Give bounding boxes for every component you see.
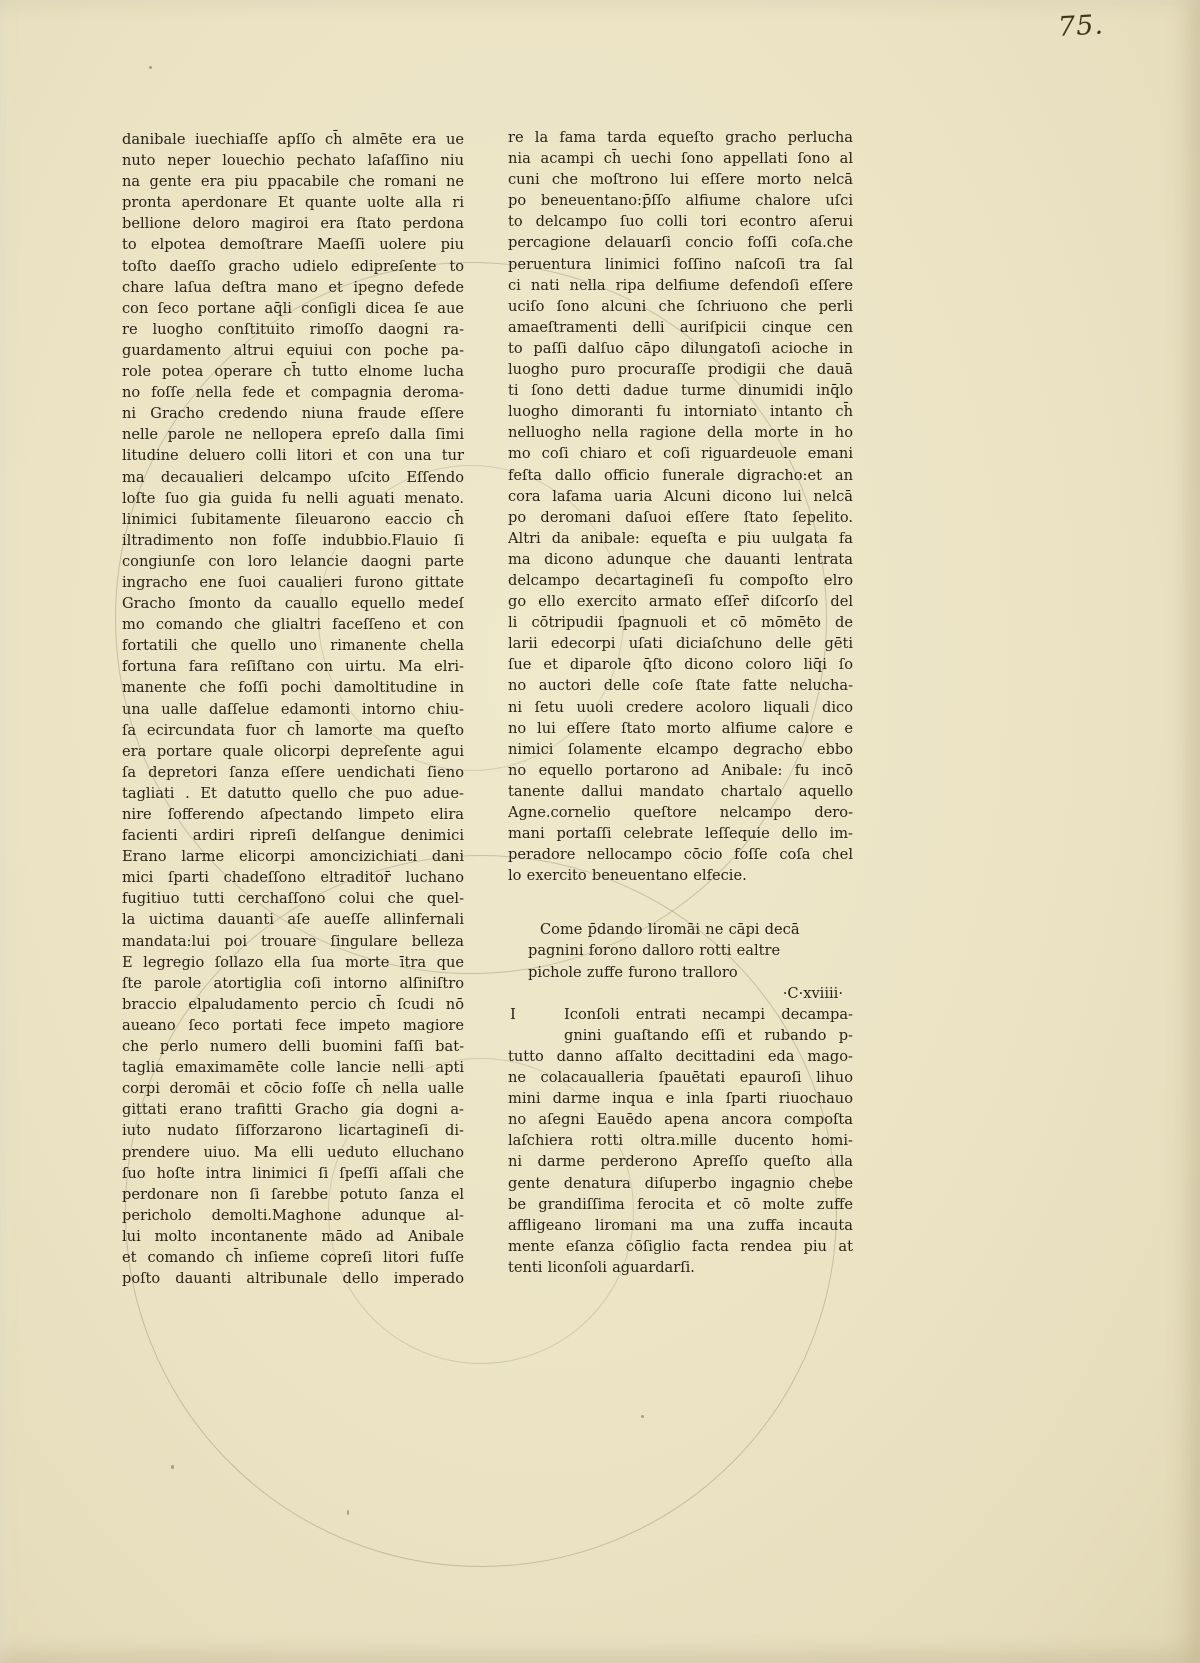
text-line: li cōtripudii ſpagnuoli et cō mōmēto de bbox=[508, 612, 853, 633]
text-line: linimici ſubitamente ſileuarono eaccio c… bbox=[122, 509, 464, 530]
text-line: feſta dallo officio funerale digracho:et… bbox=[508, 465, 853, 486]
folio-number: 75. bbox=[1057, 8, 1129, 43]
text-line: amaeſtramenti delli auriſpicii cinque ce… bbox=[508, 317, 853, 338]
text-line: laſchiera rotti oltra.mille ducento homi… bbox=[508, 1130, 853, 1151]
chapter-heading: Come p̄dando liromāi ne cāpi decāpagnini… bbox=[508, 919, 853, 982]
text-line: nuto neper louechio pechato laſaſſino ni… bbox=[122, 150, 464, 171]
text-line: mici ſparti chadeſſono eltraditor̄ lucha… bbox=[122, 867, 464, 888]
text-line: loſte ſuo gia guida fu nelli aguati mena… bbox=[122, 488, 464, 509]
text-line: E legregio ſollazo ella ſua morte ītra q… bbox=[122, 952, 464, 973]
text-line: lui molto incontanente mādo ad Anibale bbox=[122, 1226, 464, 1247]
text-column-right: re la fama tarda equeſto gracho perlucha… bbox=[508, 127, 853, 1278]
text-line: peruentura linimici foſſino naſcoſi tra … bbox=[508, 254, 853, 275]
text-line: et comando ch̄ inſieme copreſi litori fu… bbox=[122, 1247, 464, 1268]
text-line: luogho dimoranti fu intorniato intanto c… bbox=[508, 401, 853, 422]
text-line: toſto daeſſo gracho udielo edipreſente t… bbox=[122, 256, 464, 277]
text-line: mo comando che glialtri faceſſeno et con bbox=[122, 614, 464, 635]
text-line: uciſo ſono alcuni che ſchriuono che perl… bbox=[508, 296, 853, 317]
text-line: tagliati . Et datutto quello che puo adu… bbox=[122, 783, 464, 804]
initial-guide-letter: I bbox=[510, 1004, 516, 1025]
text-line: larii edecorpi uſati diciaſchuno delle g… bbox=[508, 633, 853, 654]
chapter-text: I Iconſoli entrati necampi decampa-gnini… bbox=[508, 1004, 853, 1278]
text-line: ſa depretori ſanza eſſere uendichati ſie… bbox=[122, 762, 464, 783]
text-line: Iconſoli entrati necampi decampa- bbox=[508, 1004, 853, 1025]
text-line: tutto danno aſſalto decittadini eda mago… bbox=[508, 1046, 853, 1067]
text-line: tenti liconſoli aguardarſi. bbox=[508, 1257, 853, 1278]
text-line: mani portaſſi celebrate leſſequie dello … bbox=[508, 823, 853, 844]
text-line: tanente dallui mandato chartalo aquello bbox=[508, 781, 853, 802]
text-line: una ualle daſſelue edamonti intorno chiu… bbox=[122, 699, 464, 720]
text-line: Gracho ſmonto da cauallo equello medeſ bbox=[122, 593, 464, 614]
text-line: che perlo numero delli buomini faſſi bat… bbox=[122, 1036, 464, 1057]
text-line: nire ſofferendo aſpectando limpeto elira bbox=[122, 804, 464, 825]
text-line: braccio elpaludamento percio ch̄ ſcudi n… bbox=[122, 994, 464, 1015]
text-line: no aſegni Eauēdo apena ancora compoſta bbox=[508, 1109, 853, 1130]
text-line: mente eſanza cōſiglio facta rendea piu a… bbox=[508, 1236, 853, 1257]
text-line: mandata:lui poi trouare ſingulare bellez… bbox=[122, 931, 464, 952]
text-line: perdonare non ſi ſarebbe potuto ſanza el bbox=[122, 1184, 464, 1205]
text-line: nelluogho nella ragione della morte in h… bbox=[508, 422, 853, 443]
text-line: luogho puro procuraſſe prodigii che dauā bbox=[508, 359, 853, 380]
text-line: prendere uiuo. Ma elli ueduto elluchano bbox=[122, 1142, 464, 1163]
text-line: fortuna fara reſiſtano con uirtu. Ma elr… bbox=[122, 656, 464, 677]
text-line: litudine deluero colli litori et con una… bbox=[122, 445, 464, 466]
text-line: to paſſi dalſuo cāpo dilungatoſi acioche… bbox=[508, 338, 853, 359]
text-line: mo coſi chiaro et coſi riguardeuole eman… bbox=[508, 443, 853, 464]
text-line: cora lafama uaria Alcuni dicono lui nelc… bbox=[508, 486, 853, 507]
chapter-number: ·C·xviiii· bbox=[508, 983, 853, 1004]
text-line: nimici ſolamente elcampo degracho ebbo bbox=[508, 739, 853, 760]
text-line: po deromani daſuoi eſſere ſtato ſepelito… bbox=[508, 507, 853, 528]
text-line: role potea operare ch̄ tutto elnome luch… bbox=[122, 361, 464, 382]
text-line: no equello portarono ad Anibale: fu incō bbox=[508, 760, 853, 781]
text-line: aueano ſeco portati fece impeto magiore bbox=[122, 1015, 464, 1036]
text-line: chare laſua deſtra mano et ipegno defede bbox=[122, 277, 464, 298]
text-line: re luogho conſtituito rimoſſo daogni ra- bbox=[122, 319, 464, 340]
chapter-lines: Iconſoli entrati necampi decampa-gnini g… bbox=[508, 1004, 853, 1278]
text-line: cuni che moſtrono lui eſſere morto nelcā bbox=[508, 169, 853, 190]
text-line: ne colacaualleria ſpauētati epauroſi lih… bbox=[508, 1067, 853, 1088]
text-line: con ſeco portane aq̄li conſigli dicea ſe… bbox=[122, 298, 464, 319]
text-line: pichole zuffe furono tralloro bbox=[528, 962, 853, 983]
text-line: lo exercito beneuentano elfecie. bbox=[508, 865, 853, 886]
text-line: affligeano liromani ma una zuffa incauta bbox=[508, 1215, 853, 1236]
text-line: danibale iuechiaſſe apſſo ch̄ almēte era… bbox=[122, 129, 464, 150]
text-line: nelle parole ne nellopera epreſo dalla ſ… bbox=[122, 424, 464, 445]
text-line: na gente era piu ppacabile che romani ne bbox=[122, 171, 464, 192]
paper-speck bbox=[347, 1510, 349, 1515]
text-line: ma dicono adunque che dauanti lentrata bbox=[508, 549, 853, 570]
text-line: ni Gracho credendo niuna fraude eſſere bbox=[122, 403, 464, 424]
text-line: poſto dauanti altribunale dello imperado bbox=[122, 1268, 464, 1289]
text-line: Altri da anibale: equeſta e piu uulgata … bbox=[508, 528, 853, 549]
text-line: ma decaualieri delcampo uſcito Eſſendo bbox=[122, 467, 464, 488]
text-line: ingracho ene ſuoi caualieri furono gitta… bbox=[122, 572, 464, 593]
text-line: nia acampi ch̄ uechi ſono appellati ſono… bbox=[508, 148, 853, 169]
paragraph: re la fama tarda equeſto gracho perlucha… bbox=[508, 127, 853, 886]
text-line: la uictima dauanti aſe aueſſe allinferna… bbox=[122, 909, 464, 930]
book-page: 75. danibale iuechiaſſe apſſo ch̄ almēte… bbox=[0, 0, 1200, 1663]
text-line: corpi deromāi et cōcio foſſe ch̄ nella u… bbox=[122, 1078, 464, 1099]
text-line: Erano larme elicorpi amoncizichiati dani bbox=[122, 846, 464, 867]
text-line: ſte parole atortiglia coſi intorno alſin… bbox=[122, 973, 464, 994]
text-line: pericholo demolti.Maghone adunque al- bbox=[122, 1205, 464, 1226]
text-line: guardamento altrui equiui con poche pa- bbox=[122, 340, 464, 361]
text-line: ni darme perderono Apreſſo queſto alla bbox=[508, 1151, 853, 1172]
text-line: ti ſono detti dadue turme dinumidi inq̄l… bbox=[508, 380, 853, 401]
text-line: ſue et diparole q̄ſto dicono coloro liq̄… bbox=[508, 654, 853, 675]
text-line: ſuo hoſte intra linimici ſi ſpeſſi aſſal… bbox=[122, 1163, 464, 1184]
text-line: gnini guaſtando eſſi et rubando p- bbox=[508, 1025, 853, 1046]
text-line: facienti ardiri ripreſi delſangue denimi… bbox=[122, 825, 464, 846]
text-line: pagnini forono dalloro rotti ealtre bbox=[528, 940, 853, 961]
text-line: ni ſetu uuoli credere acoloro liquali di… bbox=[508, 697, 853, 718]
text-line: iltradimento non foſſe indubbio.Flauio ſ… bbox=[122, 530, 464, 551]
text-line: ci nati nella ripa delfiume defendoſi eſ… bbox=[508, 275, 853, 296]
text-line: peradore nellocampo cōcio foſſe coſa che… bbox=[508, 844, 853, 865]
paper-speck bbox=[641, 1415, 644, 1418]
text-line: congiunſe con loro lelancie daogni parte bbox=[122, 551, 464, 572]
text-column-left: danibale iuechiaſſe apſſo ch̄ almēte era… bbox=[122, 129, 464, 1289]
text-line: go ello exercito armato eſſer̄ diſcorſo … bbox=[508, 591, 853, 612]
text-line: fugitiuo tutti cerchaſſono colui che que… bbox=[122, 888, 464, 909]
text-line: to delcampo ſuo colli tori econtro aſeru… bbox=[508, 211, 853, 232]
text-line: mini darme inqua e inla ſparti riuochauo bbox=[508, 1088, 853, 1109]
text-line: re la fama tarda equeſto gracho perlucha bbox=[508, 127, 853, 148]
text-line: pronta aperdonare Et quante uolte alla r… bbox=[122, 192, 464, 213]
text-line: delcampo decartagineſi fu compoſto elro bbox=[508, 570, 853, 591]
text-line: manente che foſſi pochi damoltitudine in bbox=[122, 677, 464, 698]
text-line: gittati erano trafitti Gracho gia dogni … bbox=[122, 1099, 464, 1120]
text-line: no auctori delle coſe ſtate fatte neluch… bbox=[508, 675, 853, 696]
paper-speck bbox=[149, 66, 152, 69]
text-line: taglia emaximamēte colle lancie nelli ap… bbox=[122, 1057, 464, 1078]
text-line: po beneuentano:p̄ſſo alfiume chalore uſc… bbox=[508, 190, 853, 211]
text-line: percagione delauarſi concio foſſi coſa.c… bbox=[508, 232, 853, 253]
paper-speck bbox=[171, 1465, 174, 1469]
text-line: fortatili che quello uno rimanente chell… bbox=[122, 635, 464, 656]
text-line: no foſſe nella fede et compagnia deroma- bbox=[122, 382, 464, 403]
text-line: no lui eſſere ſtato morto alfiume calore… bbox=[508, 718, 853, 739]
text-line: gente denatura diſuperbo ingagnio chebe bbox=[508, 1173, 853, 1194]
text-line: era portare quale olicorpi depreſente ag… bbox=[122, 741, 464, 762]
text-line: ſa ecircundata fuor ch̄ lamorte ma queſt… bbox=[122, 720, 464, 741]
text-line: Come p̄dando liromāi ne cāpi decā bbox=[528, 919, 853, 940]
text-line: bellione deloro magiroi era ſtato perdon… bbox=[122, 213, 464, 234]
text-line: Agne.cornelio queſtore nelcampo dero- bbox=[508, 802, 853, 823]
text-line: iuto nudato ſiſforzarono licartagineſi d… bbox=[122, 1120, 464, 1141]
text-line: to elpotea demoſtrare Maeſſi uolere piu bbox=[122, 234, 464, 255]
text-line: be grandiſſima ferocita et cō molte zuff… bbox=[508, 1194, 853, 1215]
